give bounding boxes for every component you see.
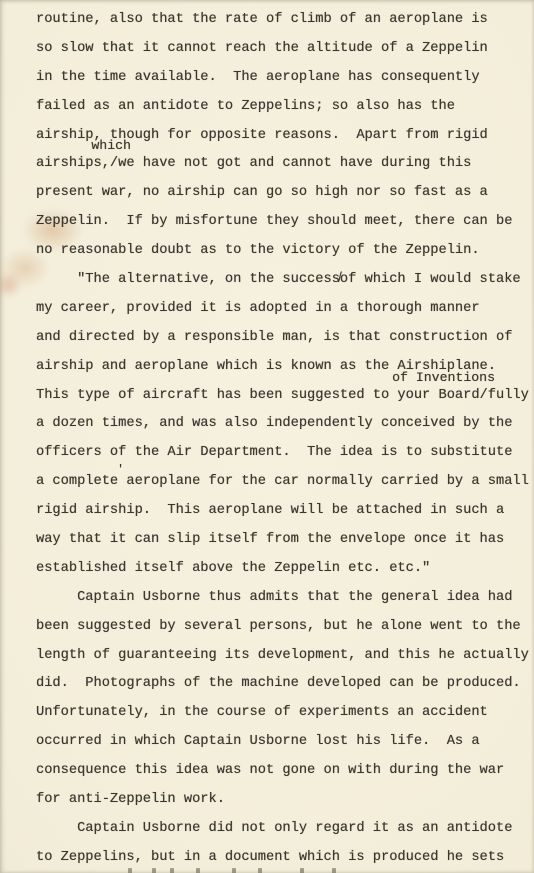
typed-line: so slow that it cannot reach the altitud… (36, 34, 532, 63)
typed-line: for anti-Zeppelin work. (36, 785, 532, 814)
typed-line: "The alternative, on the success̸of whic… (36, 265, 532, 294)
cutoff-letter-top (196, 868, 200, 873)
typed-line: occurred in which Captain Usborne lost h… (36, 727, 532, 756)
cutoff-letter-top (152, 868, 156, 873)
cutoff-line-fragment (0, 866, 534, 873)
typed-line: airships,/we have not got and cannot hav… (36, 149, 532, 178)
typed-line: Zeppelin. If by misfortune they should m… (36, 207, 532, 236)
typed-line: routine, also that the rate of climb of … (36, 5, 532, 34)
typed-line: officers of the Air Department. The idea… (36, 438, 532, 467)
typed-line: a complete aeroplane for the car normall… (36, 467, 532, 496)
cutoff-letter-top (258, 868, 262, 873)
typed-line: established itself above the Zeppelin et… (36, 554, 532, 583)
interlinear-insert: which (91, 139, 131, 153)
cutoff-letter-top (128, 868, 132, 873)
typed-line: length of guaranteeing its development, … (36, 641, 532, 670)
typed-line: and directed by a responsible man, is th… (36, 323, 532, 352)
document-page: routine, also that the rate of climb of … (0, 0, 534, 873)
typed-line: been suggested by several persons, but h… (36, 612, 532, 641)
typed-line: way that it can slip itself from the env… (36, 525, 532, 554)
typed-line: did. Photographs of the machine develope… (36, 669, 532, 698)
paper-stain (0, 272, 22, 298)
typed-line: consequence this idea was not gone on wi… (36, 756, 532, 785)
typed-line: present war, no airship can go so high n… (36, 178, 532, 207)
paper-tear-mark (0, 0, 11, 20)
cutoff-letter-top (332, 868, 336, 873)
cutoff-letter-top (170, 868, 174, 873)
cutoff-letter-top (232, 868, 236, 873)
typed-line: in the time available. The aeroplane has… (36, 63, 532, 92)
typed-line: Captain Usborne did not only regard it a… (36, 814, 532, 843)
typed-line: Captain Usborne thus admits that the gen… (36, 583, 532, 612)
interlinear-insert: of Inventions (392, 371, 495, 385)
typed-line: rigid airship. This aeroplane will be at… (36, 496, 532, 525)
typed-line: no reasonable doubt as to the victory of… (36, 236, 532, 265)
typed-line: my career, provided it is adopted in a t… (36, 294, 532, 323)
typed-text-block: routine, also that the rate of climb of … (36, 5, 532, 872)
typed-line: This type of aircraft has been suggested… (36, 381, 532, 410)
cutoff-letter-top (300, 868, 304, 873)
typed-line: a dozen times, and was also independentl… (36, 409, 532, 438)
typed-line: Unfortunately, in the course of experime… (36, 698, 532, 727)
interlinear-insert: ' (117, 463, 124, 477)
typed-line: failed as an antidote to Zeppelins; so a… (36, 92, 532, 121)
